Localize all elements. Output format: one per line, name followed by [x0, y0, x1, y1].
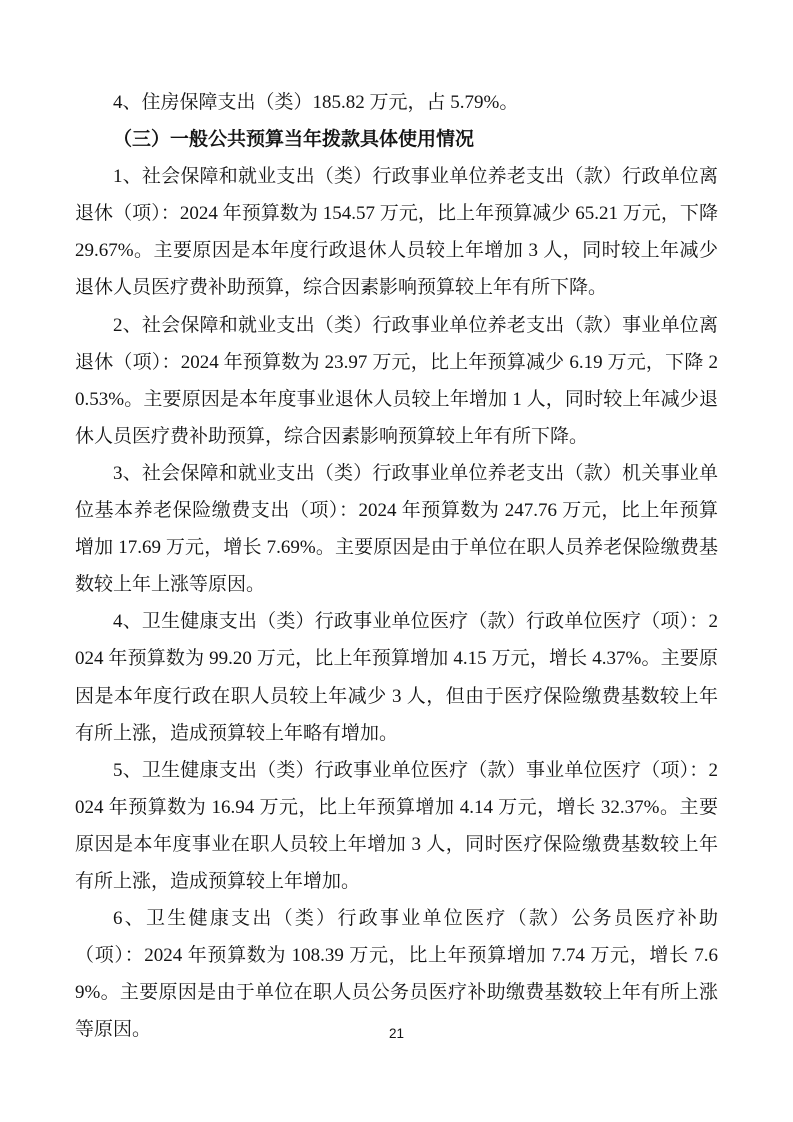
paragraph-item-4-admin-medical: 4、卫生健康支出（类）行政事业单位医疗（款）行政单位医疗（项）：2024 年预算…: [75, 603, 718, 751]
paragraph-item-3-basic-pension-contribution: 3、社会保障和就业支出（类）行政事业单位养老支出（款）机关事业单位基本养老保险缴…: [75, 455, 718, 603]
document-body: 4、住房保障支出（类）185.82 万元，占 5.79%。 （三）一般公共预算当…: [75, 84, 718, 1048]
paragraph-item-5-institution-medical: 5、卫生健康支出（类）行政事业单位医疗（款）事业单位医疗（项）：2024 年预算…: [75, 752, 718, 900]
paragraph-housing-expense: 4、住房保障支出（类）185.82 万元，占 5.79%。: [75, 84, 718, 121]
paragraph-item-1-admin-retirement: 1、社会保障和就业支出（类）行政事业单位养老支出（款）行政单位离退休（项）：20…: [75, 158, 718, 306]
document-page: 4、住房保障支出（类）185.82 万元，占 5.79%。 （三）一般公共预算当…: [0, 0, 793, 1122]
paragraph-item-2-institution-retirement: 2、社会保障和就业支出（类）行政事业单位养老支出（款）事业单位离退休（项）：20…: [75, 307, 718, 455]
page-number: 21: [0, 1025, 793, 1043]
section-heading-general-budget-usage: （三）一般公共预算当年拨款具体使用情况: [75, 121, 718, 158]
